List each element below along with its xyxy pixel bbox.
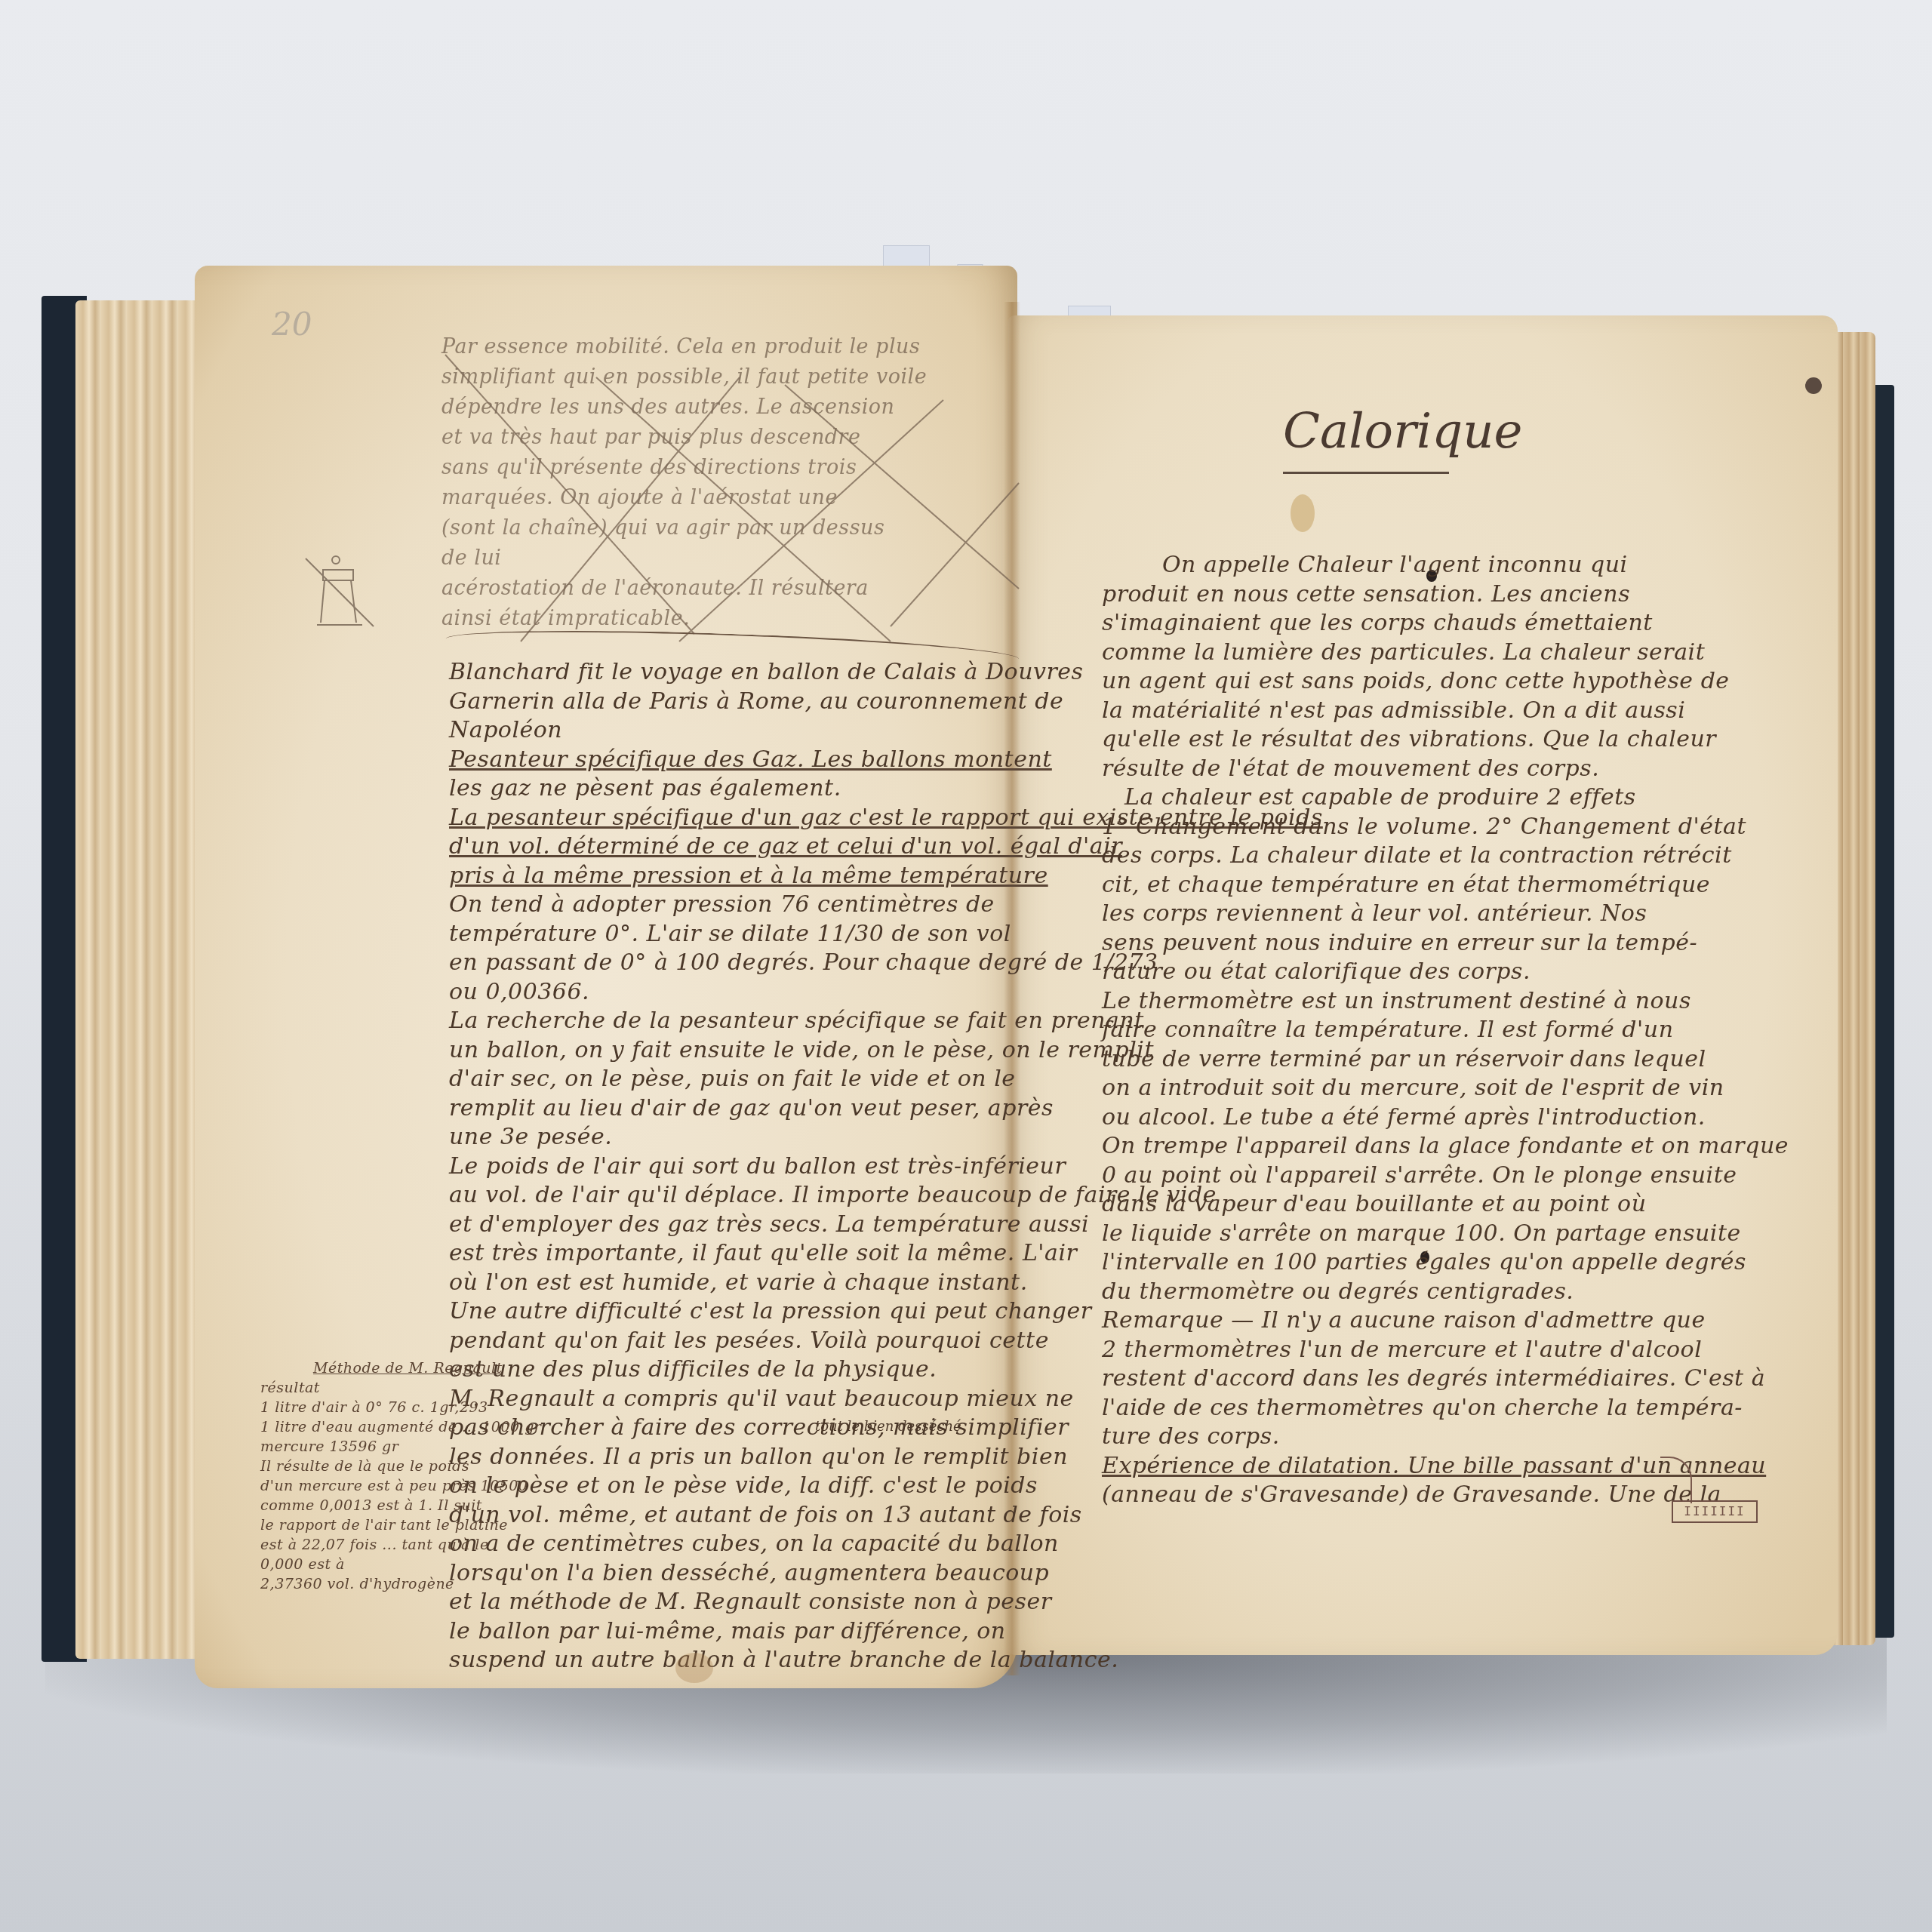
page-title: Calorique	[1283, 404, 1522, 460]
text-line: Blanchard fit le voyage en ballon de Cal…	[449, 658, 1023, 688]
struck-line: ainsi état impraticable.	[441, 604, 1015, 634]
text-line: La recherche de la pesanteur spécifique …	[449, 1007, 1023, 1036]
section-heading: Le thermomètre est un instrument destiné…	[1102, 987, 1819, 1017]
struck-line: dépendre les uns des autres. Le ascensio…	[441, 392, 1015, 423]
text-line: Garnerin alla de Paris à Rome, au couron…	[449, 688, 1023, 717]
paper-stain	[675, 1653, 713, 1683]
text-line: On appelle Chaleur l'agent inconnu qui	[1102, 551, 1819, 580]
title-underline	[1283, 472, 1449, 474]
margin-note-line: le rapport de l'air tant le platine	[260, 1515, 449, 1535]
text-line: lorsqu'on l'a bien desséché, augmentera …	[449, 1559, 1023, 1589]
right-page-text: On appelle Chaleur l'agent inconnu qui p…	[1102, 551, 1819, 1510]
margin-note-line: 1 litre d'air à 0° 76 c. 1gr,293	[260, 1398, 449, 1417]
margin-note-line: 1 litre d'eau augmenté de ... 1000 gr	[260, 1417, 449, 1437]
text-line: le ballon par lui-même, mais par différe…	[449, 1617, 1023, 1647]
section-heading: Remarque — Il n'y a aucune raison d'adme…	[1102, 1306, 1819, 1336]
text-line: en passant de 0° à 100 degrés. Pour chaq…	[449, 949, 1023, 978]
margin-note-line: comme 0,0013 est à 1. Il suit	[260, 1496, 449, 1515]
text-line: et la méthode de M. Regnault consiste no…	[449, 1588, 1023, 1617]
text-line: une 3e pesée.	[449, 1123, 1023, 1152]
struck-line: Par essence mobilité. Cela en produit le…	[441, 332, 1015, 362]
text-line: les gaz ne pèsent pas également.	[449, 774, 1023, 804]
text-line: d'un vol. déterminé de ce gaz et celui d…	[449, 832, 1023, 862]
text-line: rature ou état calorifique des corps.	[1102, 958, 1819, 987]
text-line: s'imaginaient que les corps chauds émett…	[1102, 609, 1819, 638]
text-line: Une autre difficulté c'est la pression q…	[449, 1297, 1023, 1327]
margin-note-line: 0,000 est à	[260, 1555, 449, 1574]
struck-line: et va très haut par puis plus descendre	[441, 423, 1015, 453]
text-line: un agent qui est sans poids, donc cette …	[1102, 667, 1819, 697]
text-line: du thermomètre ou degrés centigrades.	[1102, 1278, 1819, 1307]
margin-note-line: Il résulte de là que le poids	[260, 1457, 449, 1476]
page-edges-left	[75, 300, 204, 1659]
struck-line: sans qu'il présente des directions trois	[441, 453, 1015, 483]
section-heading: Expérience de dilatation. Une bille pass…	[1102, 1452, 1819, 1481]
text-line: 2 thermomètres l'un de mercure et l'autr…	[1102, 1336, 1819, 1365]
text-line: au vol. de l'air qu'il déplace. Il impor…	[449, 1181, 1023, 1211]
text-line: ture des corps.	[1102, 1423, 1819, 1452]
text-line: l'intervalle en 100 parties égales qu'on…	[1102, 1248, 1819, 1278]
text-line: les données. Il a pris un ballon qu'on l…	[449, 1443, 1023, 1472]
text-line: La pesanteur spécifique d'un gaz c'est l…	[449, 804, 1023, 833]
text-line: ou 0,00366.	[449, 978, 1023, 1008]
struck-line: acérostation de l'aéronaute. Il résulter…	[441, 574, 1015, 604]
text-line: pris à la même pression et à la même tem…	[449, 862, 1023, 891]
text-line: est très importante, il faut qu'elle soi…	[449, 1239, 1023, 1269]
text-line: dans la vapeur d'eau bouillante et au po…	[1102, 1190, 1819, 1220]
margin-note-line: est à 22,07 fois ... tant qu'à le	[260, 1535, 449, 1555]
paper-stain	[1291, 494, 1315, 532]
margin-sketch-icon	[302, 551, 385, 634]
text-line: résulte de l'état de mouvement des corps…	[1102, 755, 1819, 784]
text-line: remplit au lieu d'air de gaz qu'on veut …	[449, 1094, 1023, 1124]
struck-line: marquées. On ajoute à l'aérostat une	[441, 483, 1015, 513]
text-line: La chaleur est capable de produire 2 eff…	[1102, 783, 1819, 813]
library-stamp: IIIIIII	[1672, 1500, 1758, 1523]
struck-line: de lui	[441, 543, 1015, 574]
text-line: l'aide de ces thermomètres qu'on cherche…	[1102, 1394, 1819, 1423]
text-line: et d'employer des gaz très secs. La temp…	[449, 1211, 1023, 1240]
text-line: la matérialité n'est pas admissible. On …	[1102, 697, 1819, 726]
margin-note-line: d'un mercure est à peu près 10500	[260, 1476, 449, 1496]
margin-note-line: mercure 13596 gr	[260, 1437, 449, 1457]
page-number: 20	[272, 306, 312, 343]
text-line: température 0°. L'air se dilate 11/30 de…	[449, 920, 1023, 949]
section-heading: Pesanteur spécifique des Gaz. Les ballon…	[449, 746, 1023, 775]
text-line: on a de centimètres cubes, on la capacit…	[449, 1530, 1023, 1559]
text-line: Napoléon	[449, 716, 1023, 746]
text-line: le liquide s'arrête on marque 100. On pa…	[1102, 1220, 1819, 1249]
text-line: sens peuvent nous induire en erreur sur …	[1102, 929, 1819, 958]
text-line: faire connaître la température. Il est f…	[1102, 1016, 1819, 1045]
text-line: on le pèse et on le pèse vide, la diff. …	[449, 1472, 1023, 1501]
left-page-text: Blanchard fit le voyage en ballon de Cal…	[449, 658, 1023, 1675]
text-line: On tend à adopter pression 76 centimètre…	[449, 891, 1023, 920]
text-line: des corps. La chaleur dilate et la contr…	[1102, 841, 1819, 871]
text-line: tube de verre terminé par un réservoir d…	[1102, 1045, 1819, 1075]
text-line: d'un vol. même, et autant de fois on 13 …	[449, 1501, 1023, 1531]
text-line: les corps reviennent à leur vol. antérie…	[1102, 900, 1819, 929]
text-line: un ballon, on y fait ensuite le vide, on…	[449, 1036, 1023, 1066]
text-line: pendant qu'on fait les pesées. Voilà pou…	[449, 1327, 1023, 1356]
margin-note: Méthode de M. Regnault résultat 1 litre …	[260, 1358, 449, 1594]
struck-line: simplifiant qui en possible, il faut pet…	[441, 362, 1015, 392]
text-line: 1° Changement dans le volume. 2° Changem…	[1102, 813, 1819, 842]
interlinear-note: tout le bien desséché	[815, 1419, 961, 1435]
struck-out-passage: Par essence mobilité. Cela en produit le…	[441, 332, 1015, 619]
text-line: Le poids de l'air qui sort du ballon est…	[449, 1152, 1023, 1182]
margin-note-line: 2,37360 vol. d'hydrogène	[260, 1574, 449, 1594]
text-line: produit en nous cette sensation. Les anc…	[1102, 580, 1819, 610]
text-line: restent d'accord dans les degrés intermé…	[1102, 1364, 1819, 1394]
margin-note-heading: Méthode de M. Regnault	[260, 1358, 449, 1378]
text-line: 0 au point où l'appareil s'arrête. On le…	[1102, 1161, 1819, 1191]
struck-line: (sont la chaîne) qui va agir par un dess…	[441, 513, 1015, 543]
text-line: on a introduit soit du mercure, soit de …	[1102, 1074, 1819, 1103]
text-line: qu'elle est le résultat des vibrations. …	[1102, 725, 1819, 755]
text-line: ou alcool. Le tube a été fermé après l'i…	[1102, 1103, 1819, 1133]
text-line: où l'on est est humide, et varie à chaqu…	[449, 1269, 1023, 1298]
text-line: On trempe l'appareil dans la glace fonda…	[1102, 1132, 1819, 1161]
text-line: cit, et chaque température en état therm…	[1102, 871, 1819, 900]
ink-blot	[1805, 377, 1822, 394]
text-line: suspend un autre ballon à l'autre branch…	[449, 1646, 1023, 1675]
text-line: d'air sec, on le pèse, puis on fait le v…	[449, 1065, 1023, 1094]
text-line: M. Regnault a compris qu'il vaut beaucou…	[449, 1385, 1023, 1414]
text-line: est une des plus difficiles de la physiq…	[449, 1355, 1023, 1385]
text-line: comme la lumière des particules. La chal…	[1102, 638, 1819, 668]
margin-note-line: résultat	[260, 1378, 449, 1398]
